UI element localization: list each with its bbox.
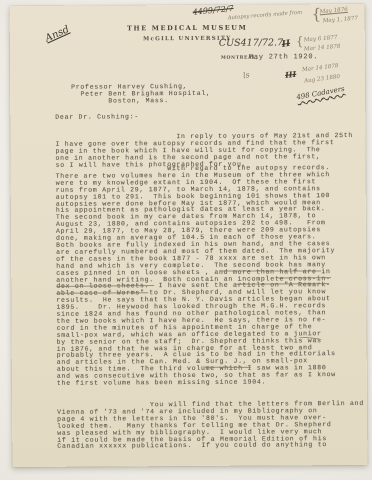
volume3-date-from: Mar 14 1878 [302,63,339,73]
pencil-underline [219,270,321,271]
volume2-numeral: II [281,39,291,50]
letter-page: THE MEDICAL MUSEUM McGILL UNIVERSITY MON… [10,4,368,467]
recipient-address: Professor Harvey Cushing, Peter Bent Bri… [71,84,211,106]
cadaver-count-note: 498 Cadavers [296,85,345,102]
salutation: Dear Dr. Cushing:- [55,114,139,121]
typed-date: May 27th 1920. [249,54,318,61]
body-paragraph-3: You will find that the letters from Berl… [57,401,364,451]
pencil-note-label: Autopsy records made from [228,10,303,22]
volume1-date-from: May 1876 [319,7,348,16]
pencil-underline [205,367,251,368]
volume3-numeral: III [285,69,297,80]
volume3-date-to: Aug 23 1880 [304,74,341,85]
pencil-initials: ls [242,70,250,80]
volume2-brace: { [296,34,304,48]
accession-number: CUS417/72.7 [219,37,283,48]
volume2-date-to: Mar 14 1878 [304,44,341,53]
volume2-date-from: May 6 1877 [304,35,338,44]
